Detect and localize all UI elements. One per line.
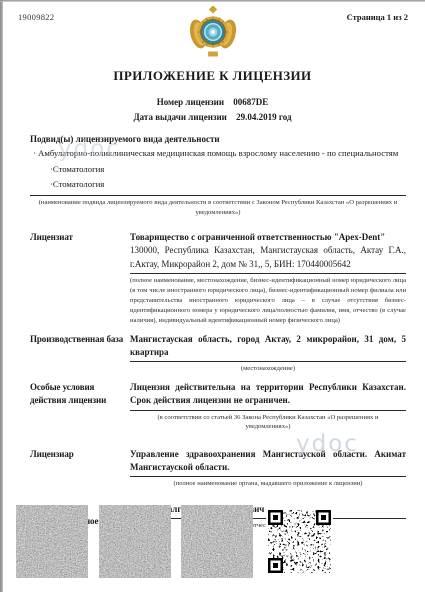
subtype-item: ·Стоматология	[30, 164, 406, 176]
issue-date-value: 29.04.2019 год	[236, 112, 291, 122]
datamatrix-barcode	[99, 505, 171, 578]
license-number-value: 00687DE	[233, 97, 268, 107]
licensor-caption: (полное наименование органа, выдавшего п…	[130, 479, 406, 489]
license-number-line: Номер лицензии 00687DE	[0, 97, 425, 107]
kazakhstan-emblem-icon	[189, 5, 236, 64]
license-number-label: Номер лицензии	[157, 97, 224, 107]
licensor-label: Лицензиар	[30, 448, 130, 489]
document-body: Подвид(ы) лицензируемого вида деятельнос…	[0, 134, 425, 531]
issue-date-label: Дата выдачи лицензии	[133, 112, 226, 122]
license-annex-page: 19009822	[0, 0, 425, 600]
subtype-caption: (наименование подвида лицензируемого вид…	[30, 198, 406, 217]
datamatrix-barcode	[181, 505, 253, 578]
licensor-value: Управление здравоохранения Мангистауской…	[130, 448, 406, 477]
document-number: 19009822	[18, 12, 54, 62]
production-base-caption: (местонахождение)	[130, 364, 406, 374]
watermark: ydoc	[58, 136, 121, 162]
qr-code	[266, 508, 333, 575]
datamatrix-barcode	[16, 505, 88, 578]
licensee-caption: (полное наименование, местонахождение, б…	[130, 276, 406, 325]
subtype-item: ·Стоматология	[30, 179, 406, 191]
special-conditions-row: Особые условия действия лицензии Лицензи…	[30, 381, 406, 431]
production-base-row: Производственная база Мангистауская обла…	[30, 333, 406, 374]
barcode-strip	[0, 503, 425, 581]
page-indicator: Страница 1 из 2	[347, 12, 408, 62]
licensee-address: 130000, Республика Казахстан, Мангистаус…	[130, 244, 406, 271]
licensee-label: Лицензиат	[30, 231, 130, 326]
page-header: 19009822	[0, 0, 425, 62]
special-conditions-caption: (в соответствии со статьей 36 Закона Рес…	[130, 413, 406, 432]
licensee-row: Лицензиат Товарищество с ограниченной от…	[30, 231, 406, 326]
watermark: ydoc	[296, 431, 359, 457]
production-base-label: Производственная база	[30, 333, 130, 374]
document-title: ПРИЛОЖЕНИЕ К ЛИЦЕНЗИИ	[0, 68, 425, 84]
issue-date-line: Дата выдачи лицензии 29.04.2019 год	[0, 112, 425, 122]
special-conditions-value: Лицензия действительна на территории Рес…	[130, 381, 406, 410]
subtype-divider	[30, 195, 406, 196]
production-base-value: Мангистауская область, город Актау, 2 ми…	[130, 333, 406, 362]
licensee-name: Товарищество с ограниченной ответственно…	[130, 231, 406, 244]
special-conditions-label: Особые условия действия лицензии	[30, 381, 130, 431]
